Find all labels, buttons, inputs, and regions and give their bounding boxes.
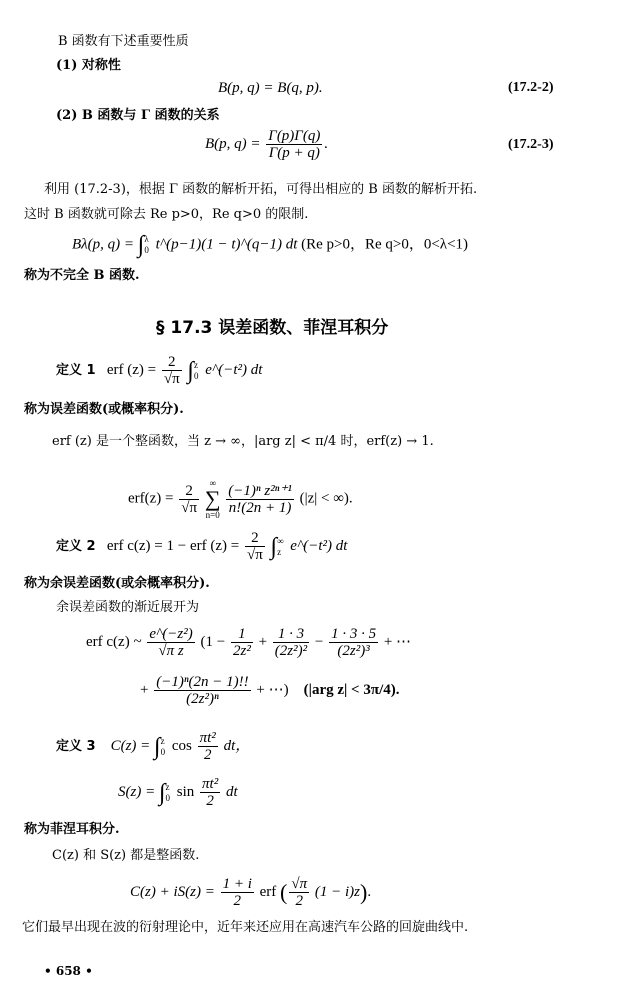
differential: dt， bbox=[224, 738, 251, 754]
eq-lhs: Bλ(p, q) = bbox=[72, 236, 134, 252]
term-fraction: 1 · 3 · 5(2z²)³ bbox=[329, 626, 378, 659]
definition-3-C: 定义 3 C(z) = ∫z0 cos πt²2 dt， bbox=[56, 730, 250, 763]
asymptotic-expansion-line-1: erf c(z) ~ e^(−z²)√π z (1 − 12z² + 1 · 3… bbox=[86, 626, 411, 659]
integral-limits: z0 bbox=[166, 782, 171, 804]
term: (1 − bbox=[201, 634, 226, 650]
asymptotic-intro: 余误差函数的渐近展开为 bbox=[56, 600, 199, 616]
tail: + ⋯) bbox=[256, 682, 288, 698]
definition-3-S: S(z) = ∫z0 sin πt²2 dt bbox=[118, 776, 238, 809]
fresnel-entire-statement: C(z) 和 S(z) 都是整函数. bbox=[52, 848, 199, 864]
eq-lhs: erf c(z) = 1 − erf (z) = bbox=[107, 538, 239, 554]
fraction: Γ(p)Γ(q) Γ(p + q) bbox=[266, 128, 322, 161]
integral-sign-icon: ∫ bbox=[159, 780, 166, 806]
function: erf bbox=[260, 884, 277, 900]
function: cos bbox=[172, 738, 192, 754]
eq-lhs: S(z) = bbox=[118, 784, 155, 800]
inner-tail: (1 − i)z bbox=[315, 884, 360, 900]
differential: dt bbox=[226, 784, 238, 800]
series-term: (−1)ⁿ z²ⁿ⁺¹n!(2n + 1) bbox=[226, 483, 294, 516]
incomplete-beta-name: 称为不完全 B 函数. bbox=[24, 268, 140, 284]
inner-fraction: √π2 bbox=[289, 876, 309, 909]
definition-label: 定义 3 bbox=[56, 739, 96, 754]
equation-number: (17.2-3) bbox=[508, 137, 554, 153]
page-number: • 658 • bbox=[44, 964, 93, 978]
property-1-label: (1) 对称性 bbox=[56, 58, 121, 74]
summation-sign-icon: ∞∑n=0 bbox=[205, 478, 221, 520]
operator: + bbox=[259, 634, 267, 650]
integral-sign-icon: ∫ bbox=[271, 534, 278, 560]
definition-3-name: 称为菲涅耳积分. bbox=[24, 822, 120, 838]
coefficient: 2√π bbox=[245, 530, 265, 563]
integral-limits: z0 bbox=[194, 360, 199, 382]
coefficient: 1 + i2 bbox=[221, 876, 254, 909]
fresnel-erf-relation: C(z) + iS(z) = 1 + i2 erf (√π2 (1 − i)z)… bbox=[130, 876, 371, 909]
definition-label: 定义 1 bbox=[56, 363, 96, 378]
paragraph-line: 利用 (17.2-3)，根据 Γ 函数的解析开拓，可得出相应的 B 函数的解析开… bbox=[44, 182, 477, 198]
integral-sign-icon: ∫ bbox=[154, 734, 161, 760]
term-fraction: 12z² bbox=[231, 626, 253, 659]
definition-2: 定义 2 erf c(z) = 1 − erf (z) = 2√π ∫∞z e^… bbox=[56, 530, 347, 563]
numerator: Γ(p)Γ(q) bbox=[266, 128, 322, 145]
function: sin bbox=[177, 784, 195, 800]
intro-text: B 函数有下述重要性质 bbox=[58, 34, 189, 50]
definition-label: 定义 2 bbox=[56, 539, 96, 554]
equation-17-2-3: B(p, q) = Γ(p)Γ(q) Γ(p + q) . bbox=[205, 128, 328, 161]
conditions: (|arg z| < 3π/4). bbox=[304, 682, 400, 698]
denominator: Γ(p + q) bbox=[266, 145, 322, 161]
incomplete-beta-equation: Bλ(p, q) = ∫λ0 t^(p−1)(1 − t)^(q−1) dt (… bbox=[72, 234, 468, 256]
equation-17-2-2: B(p, q) = B(q, p). bbox=[218, 80, 323, 96]
fresnel-applications: 它们最早出现在波的衍射理论中，近年来还应用在高速汽车公路的回旋曲线中. bbox=[22, 920, 468, 936]
integral-sign-icon: ∫ bbox=[138, 232, 145, 258]
term-fraction: 1 · 3(2z²)² bbox=[273, 626, 309, 659]
eq-lhs: C(z) = bbox=[111, 738, 151, 754]
definition-1: 定义 1 erf (z) = 2√π ∫z0 e^(−t²) dt bbox=[56, 354, 262, 387]
conditions: (Re p>0，Re q>0，0<λ<1) bbox=[301, 236, 468, 252]
property-2-label: (2) B 函数与 Γ 函数的关系 bbox=[56, 108, 220, 124]
operator: + bbox=[140, 682, 148, 698]
integral-limits: λ0 bbox=[144, 234, 149, 256]
prefactor: e^(−z²)√π z bbox=[147, 626, 194, 659]
eq-lhs: erf(z) = bbox=[128, 490, 174, 506]
integral-limits: ∞z bbox=[277, 536, 283, 558]
coefficient: 2√π bbox=[179, 483, 199, 516]
integrand: e^(−t²) dt bbox=[290, 538, 347, 554]
close-paren: ) bbox=[360, 880, 367, 905]
argument: πt²2 bbox=[198, 730, 218, 763]
definition-2-name: 称为余误差函数(或余概率积分). bbox=[24, 576, 210, 592]
eq-lhs: erf c(z) ~ bbox=[86, 634, 142, 650]
paragraph-line: 这时 B 函数就可除去 Re p>0，Re q>0 的限制. bbox=[24, 207, 308, 223]
section-title: § 17.3 误差函数、菲涅耳积分 bbox=[156, 313, 388, 338]
equation-number: (17.2-2) bbox=[508, 80, 554, 96]
erf-series-equation: erf(z) = 2√π ∞∑n=0 (−1)ⁿ z²ⁿ⁺¹n!(2n + 1)… bbox=[128, 478, 353, 520]
asymptotic-expansion-line-2: + (−1)ⁿ(2n − 1)!!(2z²)ⁿ + ⋯) (|arg z| < … bbox=[140, 674, 400, 707]
operator: − bbox=[315, 634, 323, 650]
eq-lhs: C(z) + iS(z) = bbox=[130, 884, 215, 900]
general-term: (−1)ⁿ(2n − 1)!!(2z²)ⁿ bbox=[154, 674, 250, 707]
integral-limits: z0 bbox=[161, 736, 166, 758]
argument: πt²2 bbox=[200, 776, 220, 809]
definition-1-name: 称为误差函数(或概率积分). bbox=[24, 402, 184, 418]
integral-sign-icon: ∫ bbox=[187, 358, 194, 384]
integrand: e^(−t²) dt bbox=[205, 362, 262, 378]
coefficient: 2√π bbox=[162, 354, 182, 387]
conditions: (|z| < ∞). bbox=[300, 490, 353, 506]
eq-lhs: B(p, q) = bbox=[205, 136, 261, 152]
open-paren: ( bbox=[280, 880, 287, 905]
eq-lhs: erf (z) = bbox=[107, 362, 156, 378]
erf-entire-statement: erf (z) 是一个整函数，当 z → ∞，|arg z| < π/4 时，e… bbox=[52, 434, 434, 450]
operator: + ⋯ bbox=[384, 634, 411, 650]
integrand: t^(p−1)(1 − t)^(q−1) dt bbox=[156, 236, 298, 252]
